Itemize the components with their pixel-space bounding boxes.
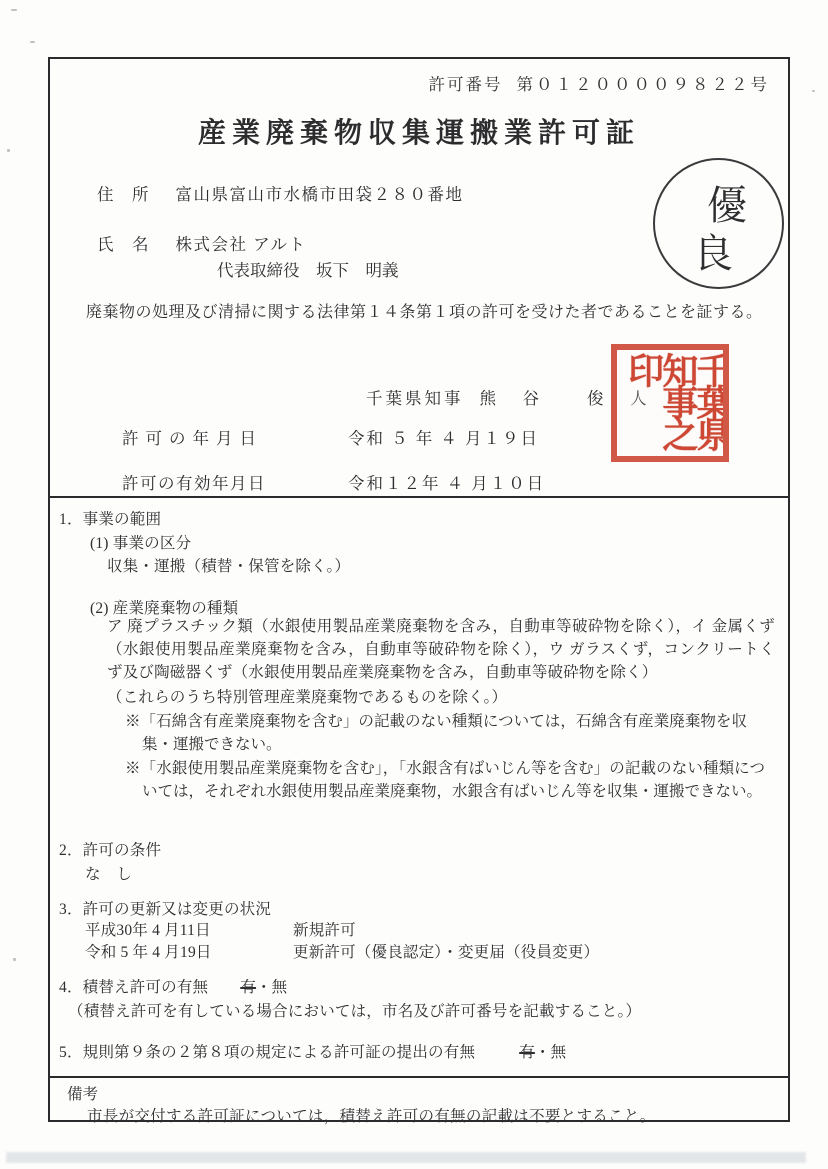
section1-2-body: ア 廃プラスチック類（水銀使用製品産業廃棄物を含み，自動車等破砕物を除く），イ … [107,615,775,684]
representative-name: 代表取締役 坂下 明義 [217,261,399,280]
no-option: 無 [272,979,288,996]
history-date: 令和 5 年 4 月19日 [85,940,293,962]
document-title: 産業廃棄物収集運搬業許可証 [50,111,788,151]
representative-row: 代表取締役 坂下 明義 [217,257,399,281]
page: { "doc": { "permit_number_label": "許可番号"… [0,0,828,1169]
history-date: 平成30年 4 月11日 [85,918,293,940]
history-row: 令和 5 年 4 月19日更新許可（優良認定）・変更届（役員変更） [85,940,599,962]
mercury-note: ※「水銀使用製品産業廃棄物を含む」，「水銀含有ばいじん等を含む」の記載のない種類… [125,757,765,803]
remarks-divider [50,1076,788,1078]
scan-speck [812,90,815,92]
address-row: 住 所富山県富山市水橋市田袋２８０番地 [97,181,464,205]
section3-heading: 3．許可の更新又は変更の状況 [59,897,271,919]
expiry-date-row: 許可の有効年月日令和１２年 ４ 月１０日 [122,470,545,494]
expiry-date-label: 許可の有効年月日 [122,470,348,494]
address-value: 富山県富山市水橋市田袋２８０番地 [176,185,464,204]
history-row: 平成30年 4 月11日新規許可 [85,918,356,940]
permit-date-value: 令和 ５ 年 ４ 月１９日 [348,429,539,448]
no-option: 無 [551,1044,567,1061]
section5-heading: 5．規則第９条の２第８項の規定による許可証の提出の有無 [59,1044,475,1061]
choice-separator: ・ [256,979,272,996]
company-name: 株式会社 アルト [176,235,307,254]
governor-seal: 千葉県知事之印 [611,344,729,462]
permit-date-row: 許可の年月日令和 ５ 年 ４ 月１９日 [122,425,539,449]
section4-note: （積替え許可を有している場合においては，市名及び許可番号を記載すること。） [68,999,641,1021]
expiry-date-value: 令和１２年 ４ 月１０日 [348,474,545,493]
certify-statement: 廃棄物の処理及び清掃に関する法律第１４条第１項の許可を受けた者であることを証する… [86,299,786,322]
history-event: 更新許可（優良認定）・変更届（役員変更） [293,944,599,961]
section2-heading: 2．許可の条件 [59,838,161,860]
section5-choice: 有・無 [519,1044,566,1061]
permit-date-label: 許可の年月日 [122,425,348,449]
choice-separator: ・ [535,1044,551,1061]
issuer-line: 千葉県知事熊 谷 俊 人 [366,385,652,409]
scan-speck [11,9,17,11]
section5-line: 5．規則第９条の２第８項の規定による許可証の提出の有無有・無 [59,1040,566,1062]
permit-number-label: 許可番号 [429,75,503,94]
yes-option-struck: 有 [519,1044,535,1061]
history-event: 新規許可 [293,922,356,939]
address-label: 住 所 [97,185,150,204]
asbestos-note: ※「石綿含有産業廃棄物を含む」の記載のない種類については，石綿含有産業廃棄物を収… [125,710,747,756]
scan-speck [13,958,16,961]
section1-1-body: 収集・運搬（積替・保管を除く。） [107,554,350,576]
section1-2-exclusion: （これらのうち特別管理産業廃棄物であるものを除く。） [107,685,507,707]
remarks-body: 市長が交付する許可証については，積替え許可の有無の記載は不要とすること。 [87,1104,656,1126]
yes-option-struck: 有 [240,979,256,996]
section1-1-heading: (1) 事業の区分 [90,531,191,553]
permit-number-value: 第０１２００００９８２２号 [517,75,771,94]
excellent-mark-char-2: 良 [693,222,733,279]
section4-line: 4．積替え許可の有無有・無 [59,975,287,997]
section1-heading: 1．事業の範囲 [59,507,161,529]
permit-number-line: 許可番号第０１２００００９８２２号 [429,71,771,95]
scan-speck [7,149,10,152]
issuer-title: 千葉県知事 [366,389,464,408]
section4-choice: 有・無 [240,979,287,996]
name-row: 氏 名株式会社 アルト [97,231,306,255]
scan-speck [30,41,35,43]
remarks-label: 備考 [67,1082,98,1104]
document-border: 許可番号第０１２００００９８２２号 産業廃棄物収集運搬業許可証 住 所富山県富山… [48,57,790,1122]
governor-seal-text: 千葉県知事之印 [621,352,729,462]
name-label: 氏 名 [97,235,150,254]
excellent-mark-circle: 優 良 [653,158,784,289]
section4-heading: 4．積替え許可の有無 [59,979,208,996]
section2-body: な し [85,862,132,884]
scan-shadow-band [6,1152,806,1163]
section-divider [50,496,788,498]
